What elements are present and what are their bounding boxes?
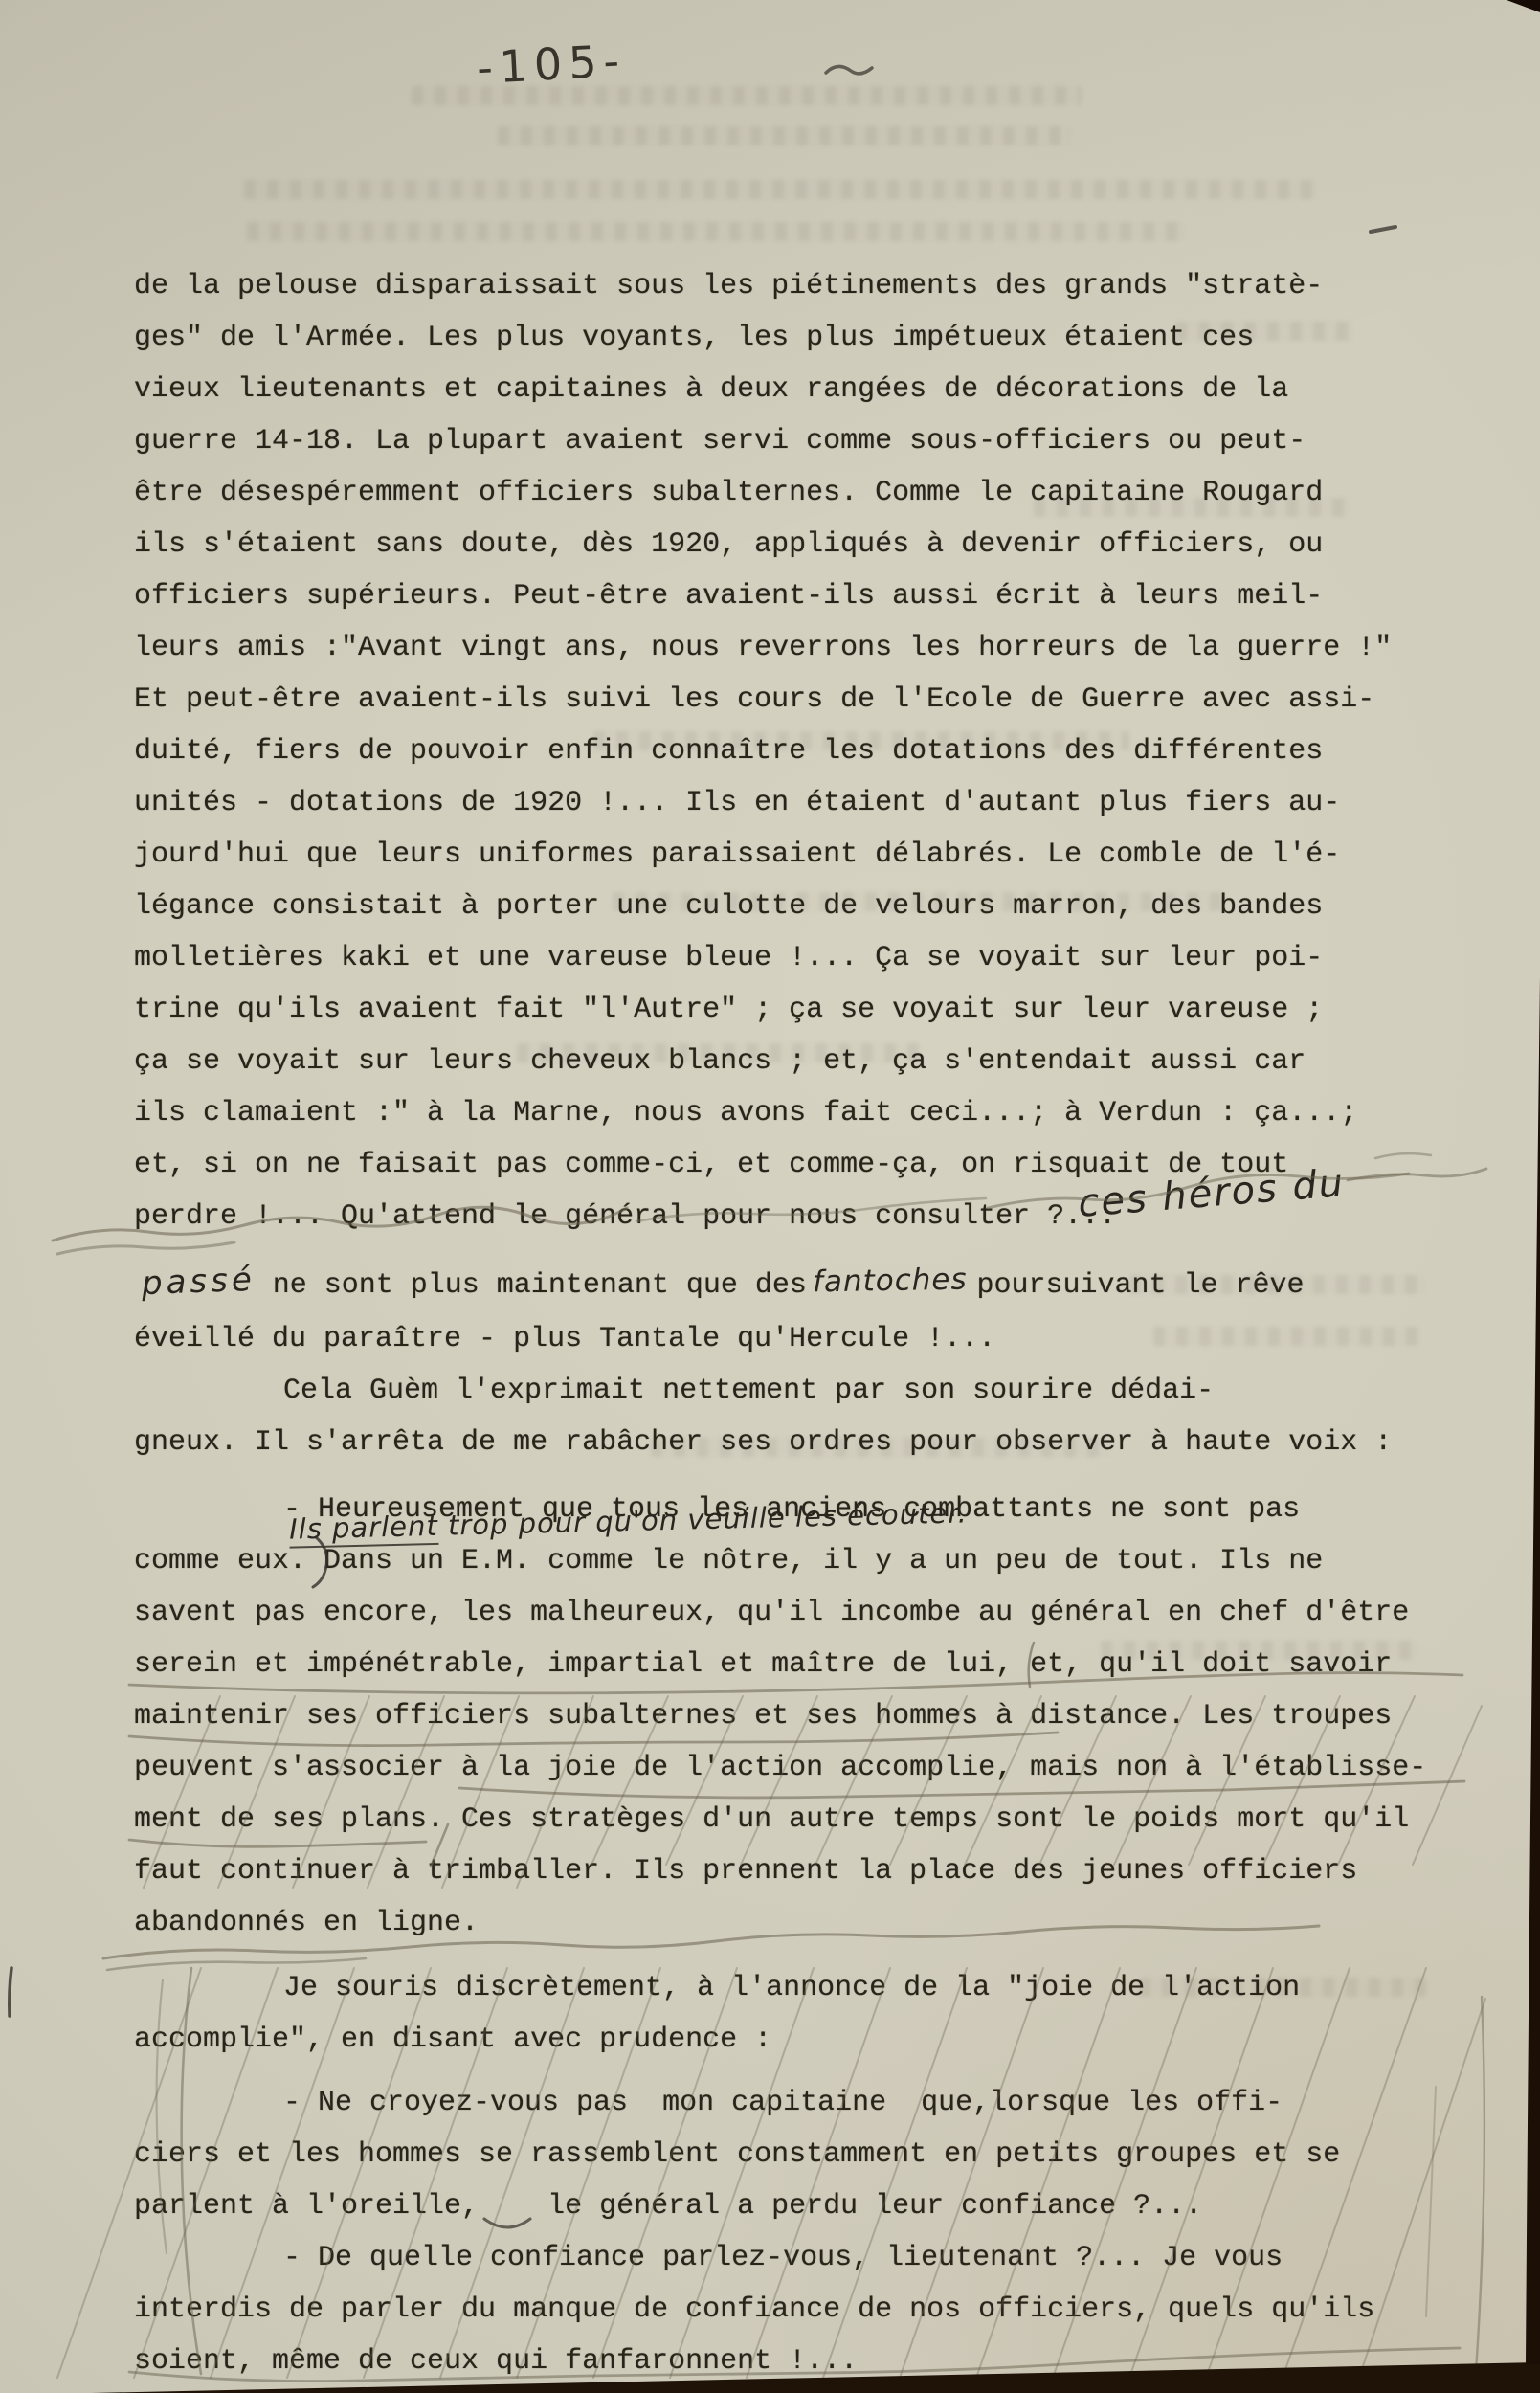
typed-line: comme eux. Dans un E.M. comme le nôtre, …	[134, 1535, 1426, 1587]
typed-line: savent pas encore, les malheureux, qu'il…	[134, 1587, 1426, 1639]
typed-fragment: ne sont plus maintenant que des	[273, 1260, 807, 1311]
typed-line: ciers et les hommes se rassemblent const…	[134, 2129, 1340, 2181]
typed-line: accomplie", en disant avec prudence :	[134, 2014, 1300, 2066]
paper: -105- de la pelouse disparaissait sous l…	[0, 0, 1540, 2393]
bleedthrough-smudge	[247, 222, 1185, 241]
scanned-page-photo: -105- de la pelouse disparaissait sous l…	[0, 0, 1540, 2393]
typed-line: abandonnés en ligne.	[134, 1897, 1426, 1949]
bleedthrough-smudge	[1153, 1327, 1421, 1346]
typed-line: faut continuer à trimballer. Ils prennen…	[134, 1845, 1426, 1897]
line-with-handwritten-inserts: passé ne sont plus maintenant que des fa…	[142, 1260, 1305, 1311]
typed-line: officiers supérieurs. Peut-être avaient-…	[134, 570, 1392, 622]
typed-line: Et peut-être avaient-ils suivi les cours…	[134, 674, 1392, 726]
typed-line: guerre 14-18. La plupart avaient servi c…	[134, 415, 1392, 467]
typed-line: parlent à l'oreille, le général a perdu …	[134, 2181, 1340, 2232]
typed-paragraph-4: Je souris discrètement, à l'annonce de l…	[134, 1962, 1300, 2066]
dash-mark	[1371, 227, 1395, 232]
typed-line: peuvent s'associer à la joie de l'action…	[134, 1742, 1426, 1794]
typed-line: soient, même de ceux qui fanfaronnent !.…	[134, 2336, 1374, 2387]
typed-fragment: poursuivant le rêve	[976, 1260, 1304, 1311]
typed-line: serein et impénétrable, impartial et maî…	[134, 1639, 1426, 1690]
typed-paragraph-3: comme eux. Dans un E.M. comme le nôtre, …	[134, 1535, 1426, 1949]
typed-line: maintenir ses officiers subalternes et s…	[134, 1690, 1426, 1742]
bleedthrough-smudge	[244, 180, 1316, 199]
typed-line: molletières kaki et une vareuse bleue !.…	[134, 932, 1392, 984]
typed-line: ça se voyait sur leurs cheveux blancs ; …	[134, 1036, 1392, 1087]
typed-line: gneux. Il s'arrêta de me rabâcher ses or…	[134, 1417, 1392, 1468]
bleedthrough-smudge	[498, 126, 1072, 145]
typed-line: interdis de parler du manque de confianc…	[134, 2284, 1374, 2336]
typed-line: ils clamaient :" à la Marne, nous avons …	[134, 1087, 1392, 1139]
typed-paragraph-1: de la pelouse disparaissait sous les pié…	[134, 260, 1392, 1242]
typed-line: vieux lieutenants et capitaines à deux r…	[134, 364, 1392, 415]
margin-stroke	[10, 1968, 11, 2016]
typed-line: jourd'hui que leurs uniformes paraissaie…	[134, 829, 1392, 881]
typed-line: Cela Guèm l'exprimait nettement par son …	[134, 1365, 1392, 1417]
typed-line: unités - dotations de 1920 !... Ils en é…	[134, 777, 1392, 829]
typed-line: être désespéremment officiers subalterne…	[134, 467, 1392, 519]
typed-line: - De quelle confiance parlez-vous, lieut…	[134, 2232, 1374, 2284]
typed-paragraph-2: Cela Guèm l'exprimait nettement par son …	[134, 1365, 1392, 1468]
typed-line: - Ne croyez-vous pas mon capitaine que,l…	[134, 2077, 1340, 2129]
typed-line: leurs amis :"Avant vingt ans, nous rever…	[134, 622, 1392, 674]
typed-paragraph-5: - Ne croyez-vous pas mon capitaine que,l…	[134, 2077, 1340, 2232]
typed-line: légance consistait à porter une culotte …	[134, 881, 1392, 932]
typed-paragraph-6: - De quelle confiance parlez-vous, lieut…	[134, 2232, 1374, 2387]
typed-line: ment de ses plans. Ces stratèges d'un au…	[134, 1794, 1426, 1845]
handwritten-word-passe: passé	[141, 1261, 256, 1303]
typed-line: Je souris discrètement, à l'annonce de l…	[134, 1962, 1300, 2014]
typed-line: ges" de l'Armée. Les plus voyants, les p…	[134, 312, 1392, 364]
handwritten-word-fantoches: fantoches	[813, 1263, 968, 1300]
typed-line: trine qu'ils avaient fait "l'Autre" ; ça…	[134, 984, 1392, 1036]
typed-line: duité, fiers de pouvoir enfin connaître …	[134, 726, 1392, 777]
typed-line: ils s'étaient sans doute, dès 1920, appl…	[134, 519, 1392, 570]
typed-line: éveillé du paraître - plus Tantale qu'He…	[134, 1313, 995, 1365]
typed-line: de la pelouse disparaissait sous les pié…	[134, 260, 1392, 312]
tilde-mark	[826, 66, 872, 73]
page-number: -105-	[476, 34, 628, 94]
